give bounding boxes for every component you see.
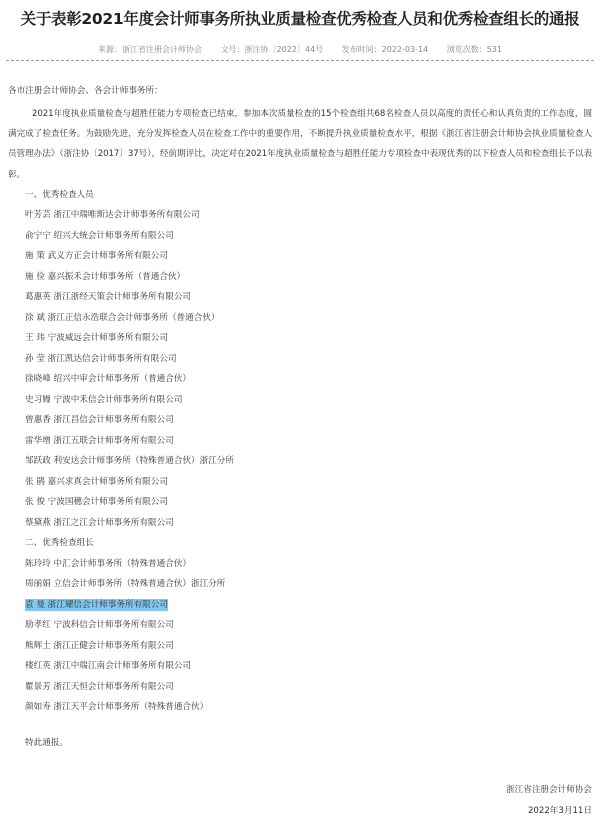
article-body: 各市注册会计师协会、各会计师事务所： 2021年度执业质量检查与超胜任能力专项检… (8, 84, 592, 750)
list-item: 颜如寿 浙江天平会计师事务所（特殊普通合伙） (25, 697, 592, 718)
meta-source: 来源：浙江省注册会计师协会 (98, 45, 202, 54)
list-item: 邹跃政 利安达会计师事务所（特殊普通合伙）浙江分所 (25, 451, 592, 472)
honor-list: 一、优秀检查人员 叶芳芸 浙江中瑞唯斯达会计师事务所有限公司 俞宁宁 绍兴大统会… (8, 185, 592, 718)
closing-text: 特此通报。 (8, 736, 592, 750)
section-heading-team-leaders: 二、优秀检查组长 (25, 533, 592, 554)
list-item: 史习嫚 宁波中禾信会计师事务所有限公司 (25, 390, 592, 411)
signature-org: 浙江省注册会计师协会 (506, 783, 592, 795)
list-item: 陈玲玲 中汇会计师事务所（特殊普通合伙） (25, 554, 592, 575)
list-item: 雷华增 浙江五联会计师事务所有限公司 (25, 431, 592, 452)
list-item: 熊辉土 浙江正健会计师事务所有限公司 (25, 636, 592, 657)
list-item: 曾惠香 浙江昌信会计师事务所有限公司 (25, 410, 592, 431)
article-meta: 来源：浙江省注册会计师协会 文号：浙注协〔2022〕44号 发布时间：2022-… (0, 44, 600, 56)
list-item: 俞宁宁 绍兴大统会计师事务所有限公司 (25, 226, 592, 247)
list-item: 施 俭 嘉兴振禾会计师事务所（普通合伙） (25, 267, 592, 288)
list-item: 蔡黛燕 浙江之江会计师事务所有限公司 (25, 513, 592, 534)
signature-date: 2022年3月11日 (528, 804, 592, 816)
list-item: 王 玮 宁波威远会计师事务所有限公司 (25, 328, 592, 349)
list-item: 葛惠英 浙江浙经天策会计师事务所有限公司 (25, 287, 592, 308)
body-paragraph: 2021年度执业质量检查与超胜任能力专项检查已结束，参加本次质量检查的15个检查… (8, 104, 592, 185)
section-heading-inspectors: 一、优秀检查人员 (25, 185, 592, 206)
list-item: 孙 莹 浙江凯达信会计师事务所有限公司 (25, 349, 592, 370)
meta-publish-time: 发布时间：2022-03-14 (342, 45, 429, 54)
list-item: 张 鹃 嘉兴求真会计师事务所有限公司 (25, 472, 592, 493)
list-item-highlighted[interactable]: 袁 曼 浙江耀信会计师事务所有限公司 (25, 595, 592, 616)
salutation: 各市注册会计师协会、各会计师事务所： (8, 84, 592, 98)
list-item: 励孝红 宁波科信会计师事务所有限公司 (25, 615, 592, 636)
list-item: 瞿景芳 浙江天恒会计师事务所有限公司 (25, 677, 592, 698)
list-item: 楼红英 浙江中瑞江南会计师事务所有限公司 (25, 656, 592, 677)
text-selection-highlight[interactable]: 袁 曼 浙江耀信会计师事务所有限公司 (25, 599, 168, 611)
article-title: 关于表彰2021年度会计师事务所执业质量检查优秀检查人员和优秀检查组长的通报 (0, 0, 600, 29)
meta-doc-number: 文号：浙注协〔2022〕44号 (221, 45, 324, 54)
list-item: 周丽娟 立信会计师事务所（特殊普通合伙）浙江分所 (25, 574, 592, 595)
list-item: 施 策 武义方正会计师事务所有限公司 (25, 246, 592, 267)
dashed-divider (6, 60, 594, 61)
meta-view-count: 浏览次数：531 (447, 45, 502, 54)
list-item: 徐晓峰 绍兴中审会计师事务所（普通合伙） (25, 369, 592, 390)
list-item: 叶芳芸 浙江中瑞唯斯达会计师事务所有限公司 (25, 205, 592, 226)
list-item: 张 俊 宁波国穗会计师事务所有限公司 (25, 492, 592, 513)
list-item: 徐 斌 浙江正信永浩联合会计师事务所（普通合伙） (25, 308, 592, 329)
